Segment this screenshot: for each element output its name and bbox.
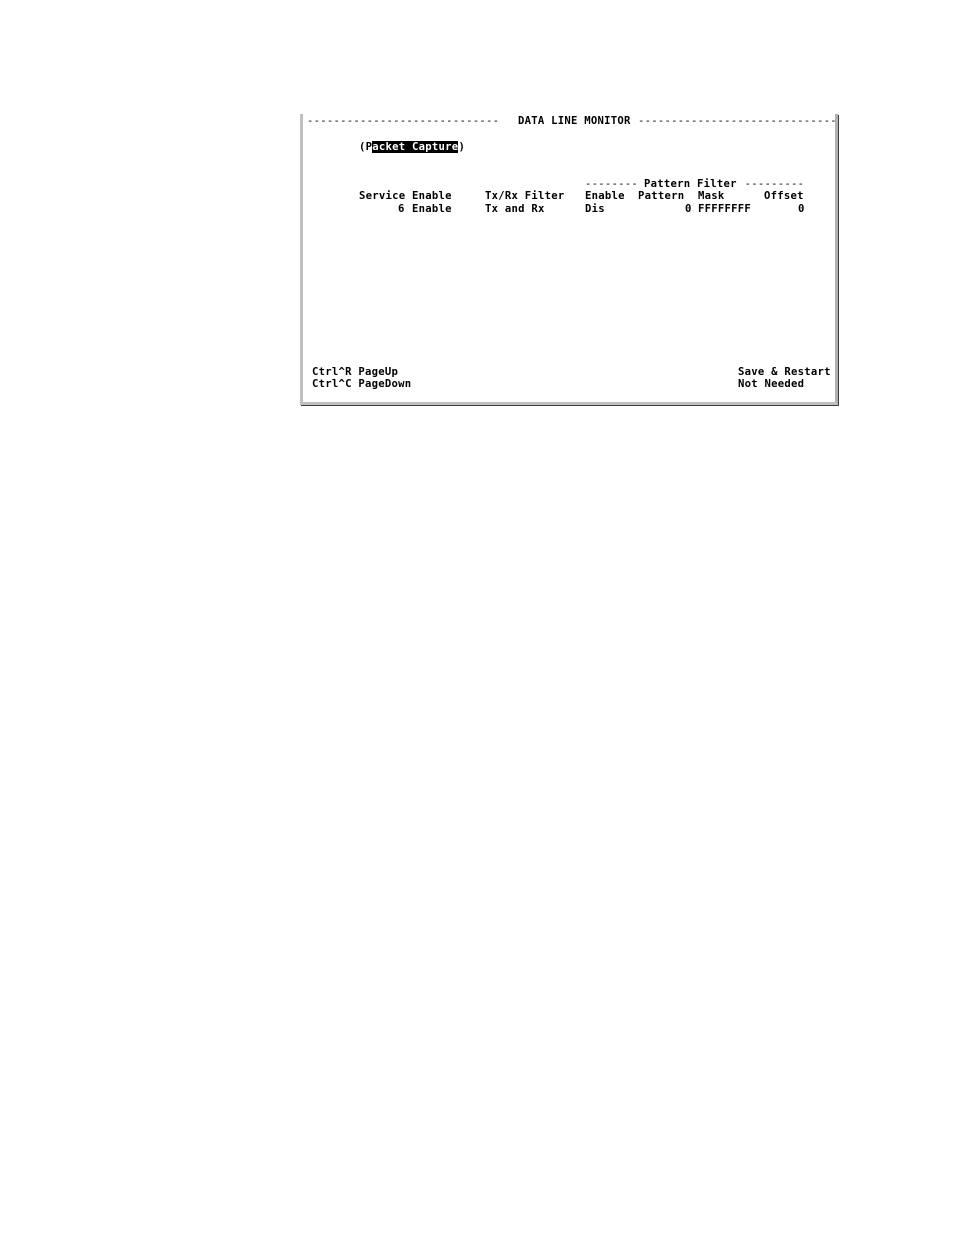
value-pf-offset[interactable]: 0 — [798, 203, 805, 216]
col-pf-offset: Offset — [764, 190, 804, 203]
screen-title: DATA LINE MONITOR — [518, 115, 631, 128]
title-rule-right: ------------------------------ — [638, 115, 837, 128]
footer-line-2: Ctrl^C PageDown Not Needed — [304, 378, 344, 391]
table-row: 6 Enable Tx and Rx Dis 0 FFFFFFFF 0 — [304, 203, 344, 216]
section-open: (P — [359, 141, 372, 153]
footer-line-1: Ctrl^R PageUp Save & Restart — [304, 366, 344, 379]
value-enable[interactable]: Enable — [412, 203, 452, 216]
section-highlight[interactable]: acket Capture — [372, 141, 458, 153]
pattern-filter-label: Pattern Filter — [644, 178, 737, 191]
pattern-filter-header: -------- Pattern Filter --------- — [304, 178, 344, 191]
value-pf-enable[interactable]: Dis — [585, 203, 605, 216]
value-pf-pattern[interactable]: 0 — [685, 203, 692, 216]
value-txrx-filter[interactable]: Tx and Rx — [485, 203, 545, 216]
col-service: Service — [359, 190, 405, 203]
terminal-window: ----------------------------- DATA LINE … — [300, 114, 838, 405]
page-up-hint: Ctrl^R PageUp — [312, 366, 398, 379]
value-pf-mask[interactable]: FFFFFFFF — [698, 203, 751, 216]
col-pf-mask: Mask — [698, 190, 725, 203]
section-line: (Packet Capture) — [304, 141, 344, 154]
column-headers: Service Enable Tx/Rx Filter Enable Patte… — [304, 190, 344, 203]
value-service[interactable]: 6 — [398, 203, 405, 216]
save-restart-status: Not Needed — [738, 378, 804, 391]
section-close: ) — [458, 141, 465, 153]
section-label[interactable]: (Packet Capture) — [359, 141, 465, 154]
pattern-filter-rule-right: --------- — [738, 178, 804, 191]
pattern-filter-rule-left: -------- — [585, 178, 645, 191]
col-pf-pattern: Pattern — [638, 190, 684, 203]
col-pf-enable: Enable — [585, 190, 625, 203]
title-rule-left: ----------------------------- — [307, 115, 499, 128]
col-txrx-filter: Tx/Rx Filter — [485, 190, 565, 203]
terminal-screen: ----------------------------- DATA LINE … — [304, 114, 836, 399]
save-restart-label: Save & Restart — [738, 366, 831, 379]
title-line: ----------------------------- DATA LINE … — [304, 115, 344, 128]
page-down-hint: Ctrl^C PageDown — [312, 378, 411, 391]
col-enable: Enable — [412, 190, 452, 203]
